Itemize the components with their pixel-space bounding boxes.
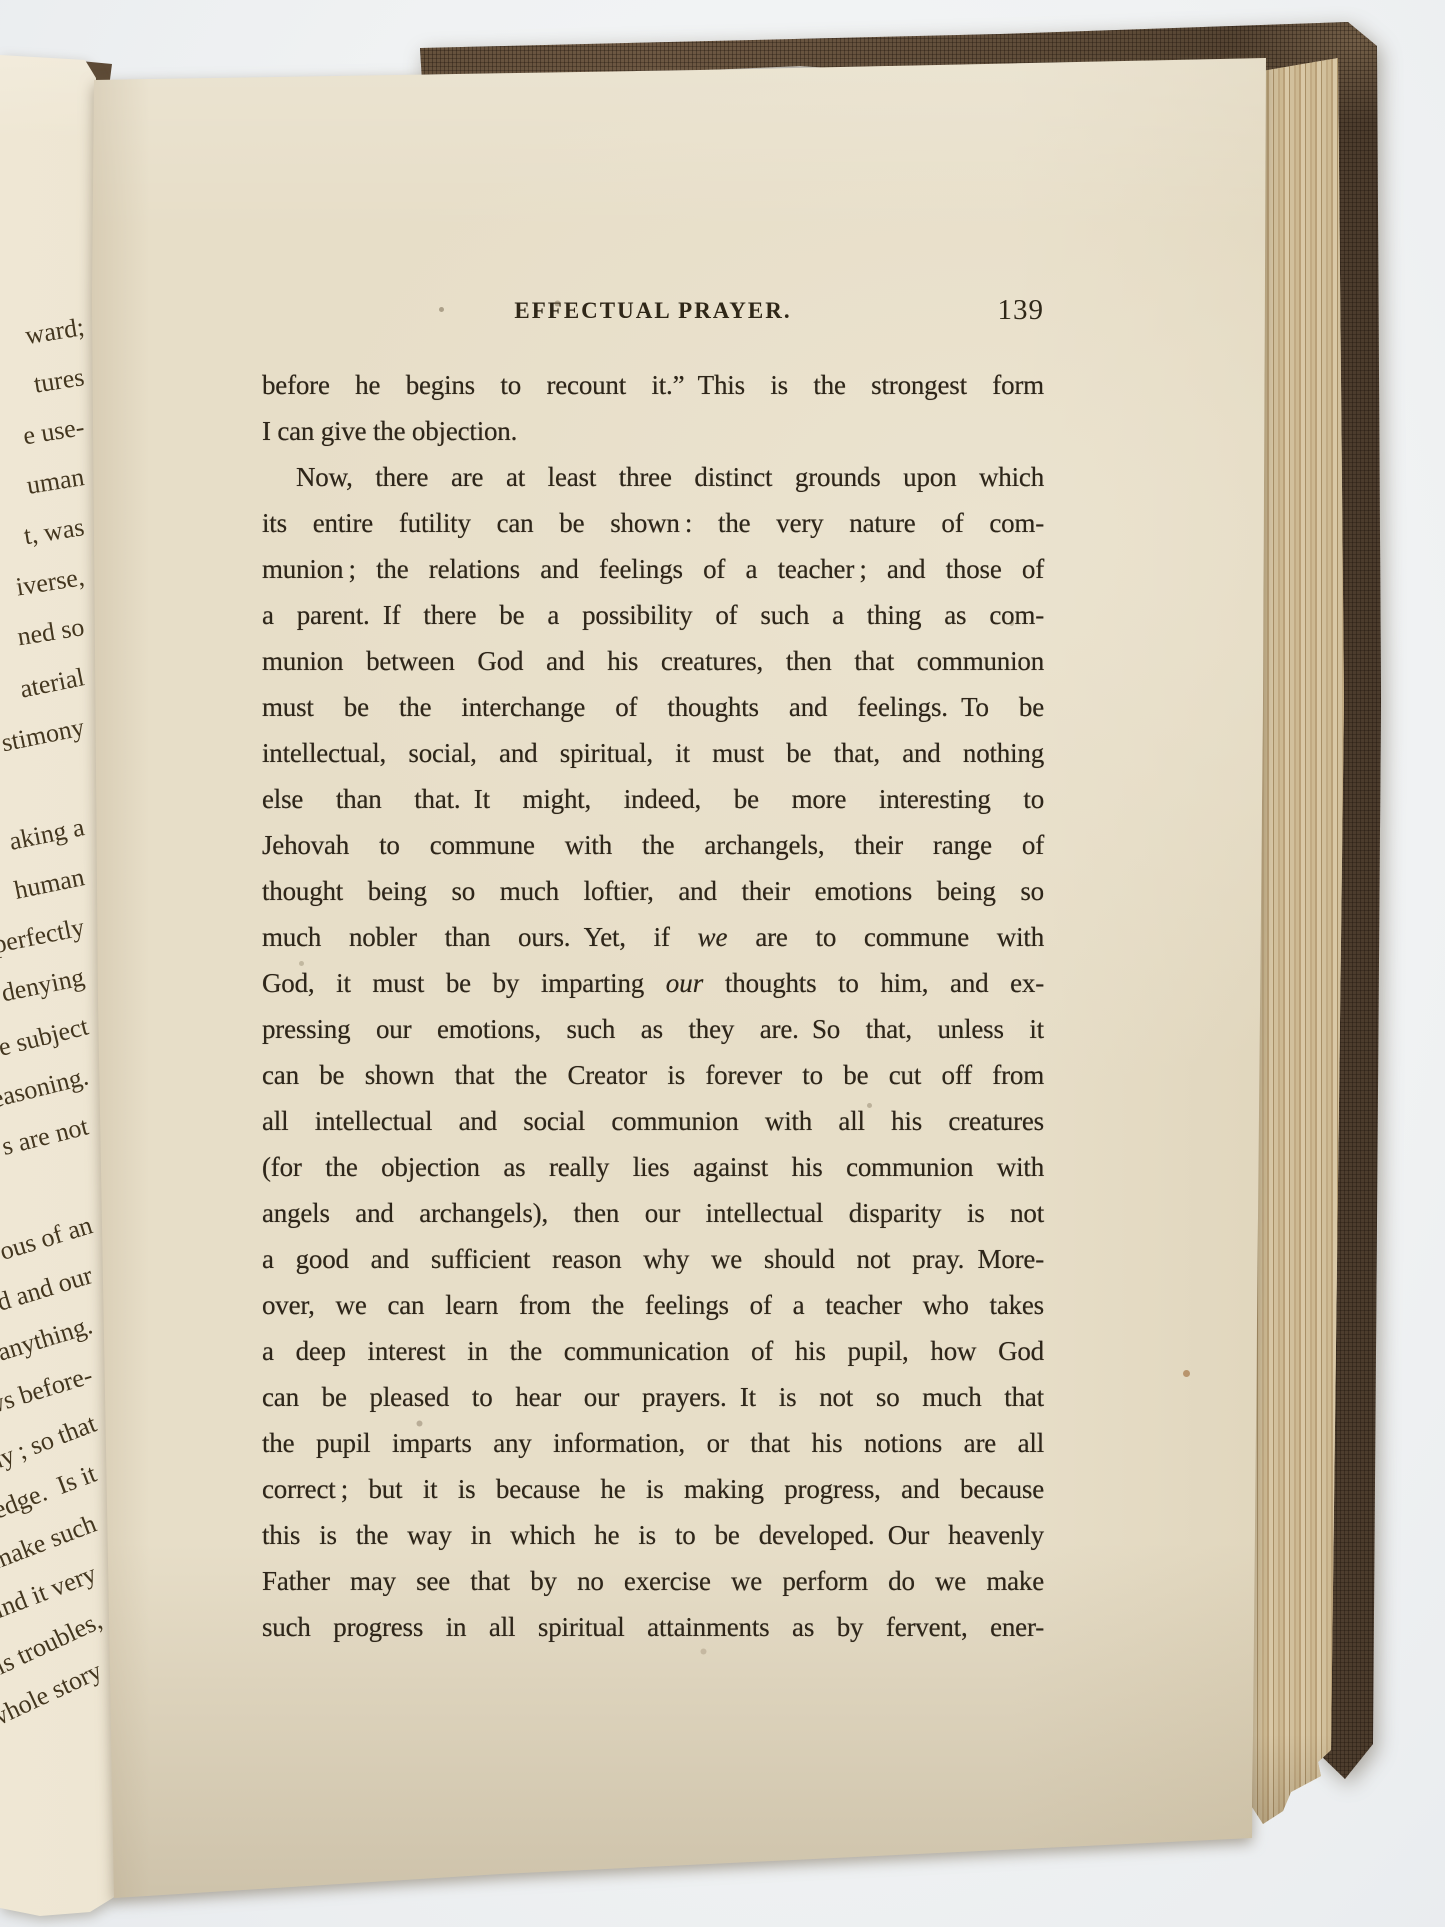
- running-title: EFFECTUAL PRAYER.: [514, 298, 791, 324]
- body-text-line: God, it must be by imparting our thought…: [262, 960, 1044, 1006]
- body-text-line: this is the way in which he is to be dev…: [262, 1512, 1044, 1558]
- body-text-line: such progress in all spiritual attainmen…: [262, 1604, 1044, 1650]
- body-text-line: I can give the objection.: [262, 408, 1044, 454]
- book-photo-scene: ward;turese use-umant, wasiverse,ned soa…: [0, 0, 1445, 1927]
- body-text-line: thought being so much loftier, and their…: [262, 868, 1044, 914]
- body-text-line: a deep interest in the communication of …: [262, 1328, 1044, 1374]
- page-number: 139: [998, 294, 1045, 327]
- body-text-line: the pupil imparts any information, or th…: [262, 1420, 1044, 1466]
- body-text-line: correct ; but it is because he is making…: [262, 1466, 1044, 1512]
- paper-specks: [0, 0, 3, 3]
- body-text-line: a parent. If there be a possibility of s…: [262, 592, 1044, 638]
- right-page-wrap: EFFECTUAL PRAYER. 139 before he begins t…: [0, 0, 1445, 1927]
- body-text-line: pressing our emotions, such as they are.…: [262, 1006, 1044, 1052]
- page-body-text: before he begins to recount it.” This is…: [262, 362, 1044, 1650]
- body-text-line: can be pleased to hear our prayers. It i…: [262, 1374, 1044, 1420]
- right-page: EFFECTUAL PRAYER. 139 before he begins t…: [0, 0, 1445, 1927]
- body-text-line: much nobler than ours. Yet, if we are to…: [262, 914, 1044, 960]
- page-header: EFFECTUAL PRAYER. 139: [262, 294, 1044, 334]
- body-text-line: before he begins to recount it.” This is…: [262, 362, 1044, 408]
- body-text-line: Father may see that by no exercise we pe…: [262, 1558, 1044, 1604]
- body-text-line: else than that. It might, indeed, be mor…: [262, 776, 1044, 822]
- body-text-line: Now, there are at least three distinct g…: [262, 454, 1044, 500]
- body-text-line: over, we can learn from the feelings of …: [262, 1282, 1044, 1328]
- body-text-line: munion ; the relations and feelings of a…: [262, 546, 1044, 592]
- body-text-line: (for the objection as really lies agains…: [262, 1144, 1044, 1190]
- body-text-line: munion between God and his creatures, th…: [262, 638, 1044, 684]
- body-text-line: angels and archangels), then our intelle…: [262, 1190, 1044, 1236]
- body-text-line: can be shown that the Creator is forever…: [262, 1052, 1044, 1098]
- body-text-line: all intellectual and social communion wi…: [262, 1098, 1044, 1144]
- body-text-line: a good and sufficient reason why we shou…: [262, 1236, 1044, 1282]
- body-text-line: intellectual, social, and spiritual, it …: [262, 730, 1044, 776]
- body-text-line: its entire futility can be shown : the v…: [262, 500, 1044, 546]
- body-text-line: Jehovah to commune with the archangels, …: [262, 822, 1044, 868]
- body-text-line: must be the interchange of thoughts and …: [262, 684, 1044, 730]
